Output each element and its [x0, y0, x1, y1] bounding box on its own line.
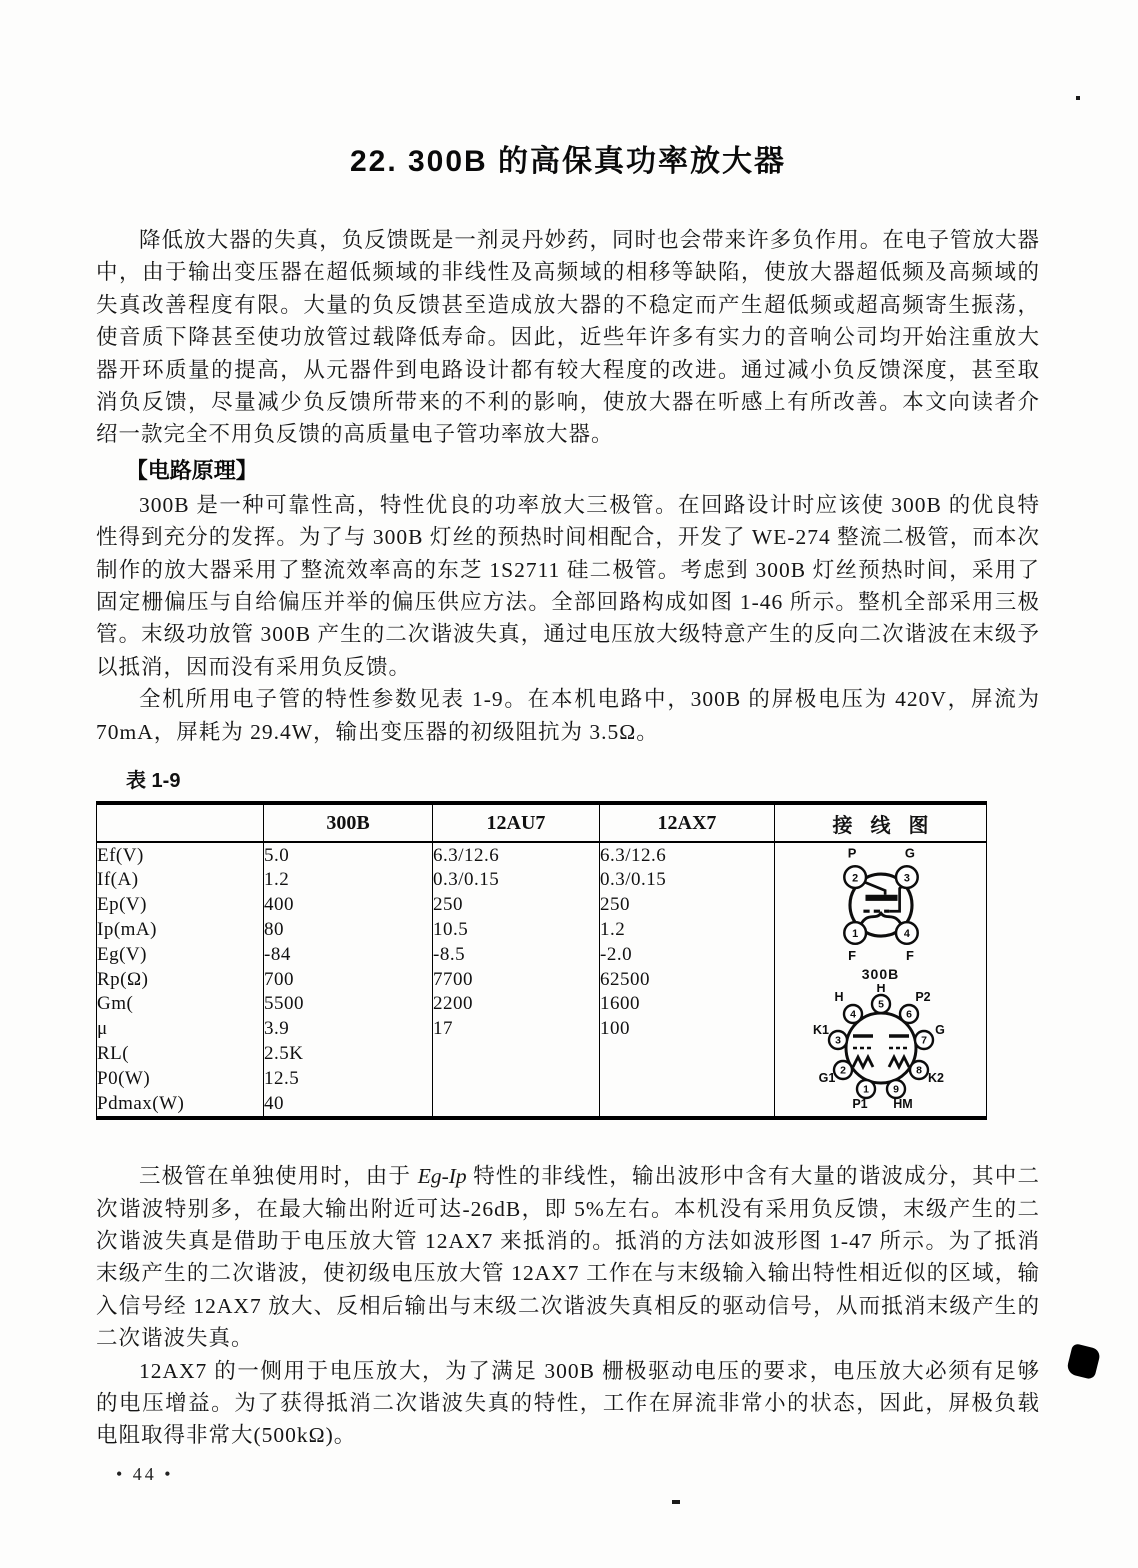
row-label: RL( [97, 1042, 264, 1067]
pin-label-heater-mid: HM [893, 1097, 912, 1111]
page-number: • 44 • [116, 1464, 1040, 1485]
pin-label-heater: H [834, 990, 843, 1004]
cell-300b: 700 [264, 967, 433, 992]
pin-label-plate1: P1 [852, 1097, 867, 1111]
paragraph-circuit-2: 全机所用电子管的特性参数见表 1-9。在本机电路中，300B 的屏极电压为 42… [96, 683, 1040, 748]
cell-300b: 40 [264, 1091, 433, 1118]
cell-300b: 5500 [264, 992, 433, 1017]
pin-number: 3 [903, 872, 909, 884]
row-label: Rp(Ω) [97, 967, 264, 992]
scan-dot-artifact [1076, 96, 1080, 100]
col-header-12ax7: 12AX7 [600, 803, 775, 842]
page-title: 22. 300B 的高保真功率放大器 [96, 136, 1040, 180]
col-header-300b: 300B [264, 803, 433, 842]
cell-12au7: -8.5 [433, 942, 600, 967]
row-label: μ [97, 1017, 264, 1042]
cell-300b: 400 [264, 893, 433, 918]
pin-number: 6 [906, 1009, 912, 1021]
book-page: 22. 300B 的高保真功率放大器 降低放大器的失真，负反馈既是一剂灵丹妙药，… [0, 0, 1138, 1568]
pin-number: 2 [840, 1065, 846, 1077]
paragraph-intro: 降低放大器的失真，负反馈既是一剂灵丹妙药，同时也会带来许多负作用。在电子管放大器… [96, 224, 1040, 451]
pin-label-plate: P [847, 846, 856, 861]
col-header-parameter [97, 803, 264, 842]
section-heading-circuit-principle: 【电路原理】 [96, 455, 1040, 487]
pin-number: 7 [921, 1035, 927, 1047]
pin-number: 9 [893, 1084, 899, 1096]
cell-300b: -84 [264, 942, 433, 967]
paragraph-harmonics: 三极管在单独使用时，由于 Eg-Ip 特性的非线性，输出波形中含有大量的谐波成分… [96, 1160, 1040, 1354]
cell-300b: 5.0 [264, 842, 433, 868]
cell-12au7: 7700 [433, 967, 600, 992]
cell-12au7 [433, 1091, 600, 1118]
ink-blot-artifact [1066, 1343, 1102, 1380]
cell-12ax7 [600, 1066, 775, 1091]
pin-number: 4 [903, 928, 909, 940]
cell-12au7 [433, 1042, 600, 1067]
row-label: Gm( [97, 992, 264, 1017]
row-label: Ip(mA) [97, 918, 264, 943]
tube-300b-caption: 300B [862, 966, 899, 982]
cell-12ax7: -2.0 [600, 942, 775, 967]
pin-number: 1 [852, 928, 858, 940]
col-header-wiring-diagram: 接线图 [775, 803, 987, 842]
row-label: P0(W) [97, 1066, 264, 1091]
pin-number: 3 [835, 1035, 841, 1047]
cell-12ax7: 0.3/0.15 [600, 868, 775, 893]
paragraph-circuit-1: 300B 是一种可靠性高，特性优良的功率放大三极管。在回路设计时应该使 300B… [96, 489, 1040, 683]
tube-9pin-pinout-diagram: 1 2 3 4 5 6 7 8 9 P1 G1 [805, 984, 957, 1116]
tube-parameters-table: 300B 12AU7 12AX7 接线图 Ef(V) 5.0 6.3/12.6 … [96, 801, 987, 1120]
cell-12ax7: 6.3/12.6 [600, 842, 775, 868]
row-label: Ep(V) [97, 893, 264, 918]
row-label: Ef(V) [97, 842, 264, 868]
cell-12ax7: 100 [600, 1017, 775, 1042]
wiring-diagrams: 2 3 1 4 P G F F 300B [775, 843, 986, 1116]
pin-label-filament: F [848, 948, 856, 963]
pin-number: 2 [852, 872, 858, 884]
row-label: If(A) [97, 868, 264, 893]
pin-label-heater: H [876, 984, 885, 995]
cell-12au7: 10.5 [433, 918, 600, 943]
pin-number: 1 [863, 1084, 869, 1096]
pin-label-cathode1: K1 [813, 1023, 829, 1037]
cell-12au7: 0.3/0.15 [433, 868, 600, 893]
pin-number: 5 [878, 999, 884, 1011]
table-row: Ef(V) 5.0 6.3/12.6 6.3/12.6 [97, 842, 987, 868]
cell-12ax7: 62500 [600, 967, 775, 992]
tube-300b-pinout-diagram: 2 3 1 4 P G F F [818, 843, 944, 965]
pin-label-grid: G [904, 846, 914, 861]
col-header-12au7: 12AU7 [433, 803, 600, 842]
cell-12ax7: 1600 [600, 992, 775, 1017]
row-label: Pdmax(W) [97, 1091, 264, 1118]
cell-300b: 12.5 [264, 1066, 433, 1091]
cell-12ax7 [600, 1042, 775, 1067]
table-header-row: 300B 12AU7 12AX7 接线图 [97, 803, 987, 842]
page-content: 22. 300B 的高保真功率放大器 降低放大器的失真，负反馈既是一剂灵丹妙药，… [96, 136, 1040, 1485]
pin-number: 4 [850, 1009, 856, 1021]
cell-12au7: 6.3/12.6 [433, 842, 600, 868]
pin-label-grid2: G [935, 1023, 945, 1037]
cell-300b: 1.2 [264, 868, 433, 893]
pin-number: 8 [916, 1065, 922, 1077]
cell-12au7 [433, 1066, 600, 1091]
wiring-diagram-cell: 2 3 1 4 P G F F 300B [775, 842, 987, 1118]
scan-speck-artifact [672, 1500, 680, 1504]
pin-label-cathode2: K2 [928, 1071, 944, 1085]
cell-12ax7: 250 [600, 893, 775, 918]
cell-300b: 3.9 [264, 1017, 433, 1042]
table-caption: 表 1-9 [126, 764, 1040, 793]
row-label: Eg(V) [97, 942, 264, 967]
cell-12ax7: 1.2 [600, 918, 775, 943]
pin-label-plate2: P2 [915, 990, 930, 1004]
paragraph-harmonics-pre: 三极管在单独使用时，由于 [139, 1164, 418, 1188]
paragraph-12ax7-gain: 12AX7 的一侧用于电压放大，为了满足 300B 栅极驱动电压的要求，电压放大… [96, 1355, 1040, 1452]
eg-ip-variable: Eg-Ip [418, 1164, 467, 1188]
cell-300b: 2.5K [264, 1042, 433, 1067]
cell-300b: 80 [264, 918, 433, 943]
pin-label-filament: F [906, 948, 914, 963]
cell-12au7: 17 [433, 1017, 600, 1042]
cell-12ax7 [600, 1091, 775, 1118]
paragraph-harmonics-post: 特性的非线性，输出波形中含有大量的谐波成分，其中二次谐波特别多，在最大输出附近可… [96, 1164, 1040, 1350]
pin-label-grid1: G1 [818, 1071, 835, 1085]
cell-12au7: 250 [433, 893, 600, 918]
cell-12au7: 2200 [433, 992, 600, 1017]
